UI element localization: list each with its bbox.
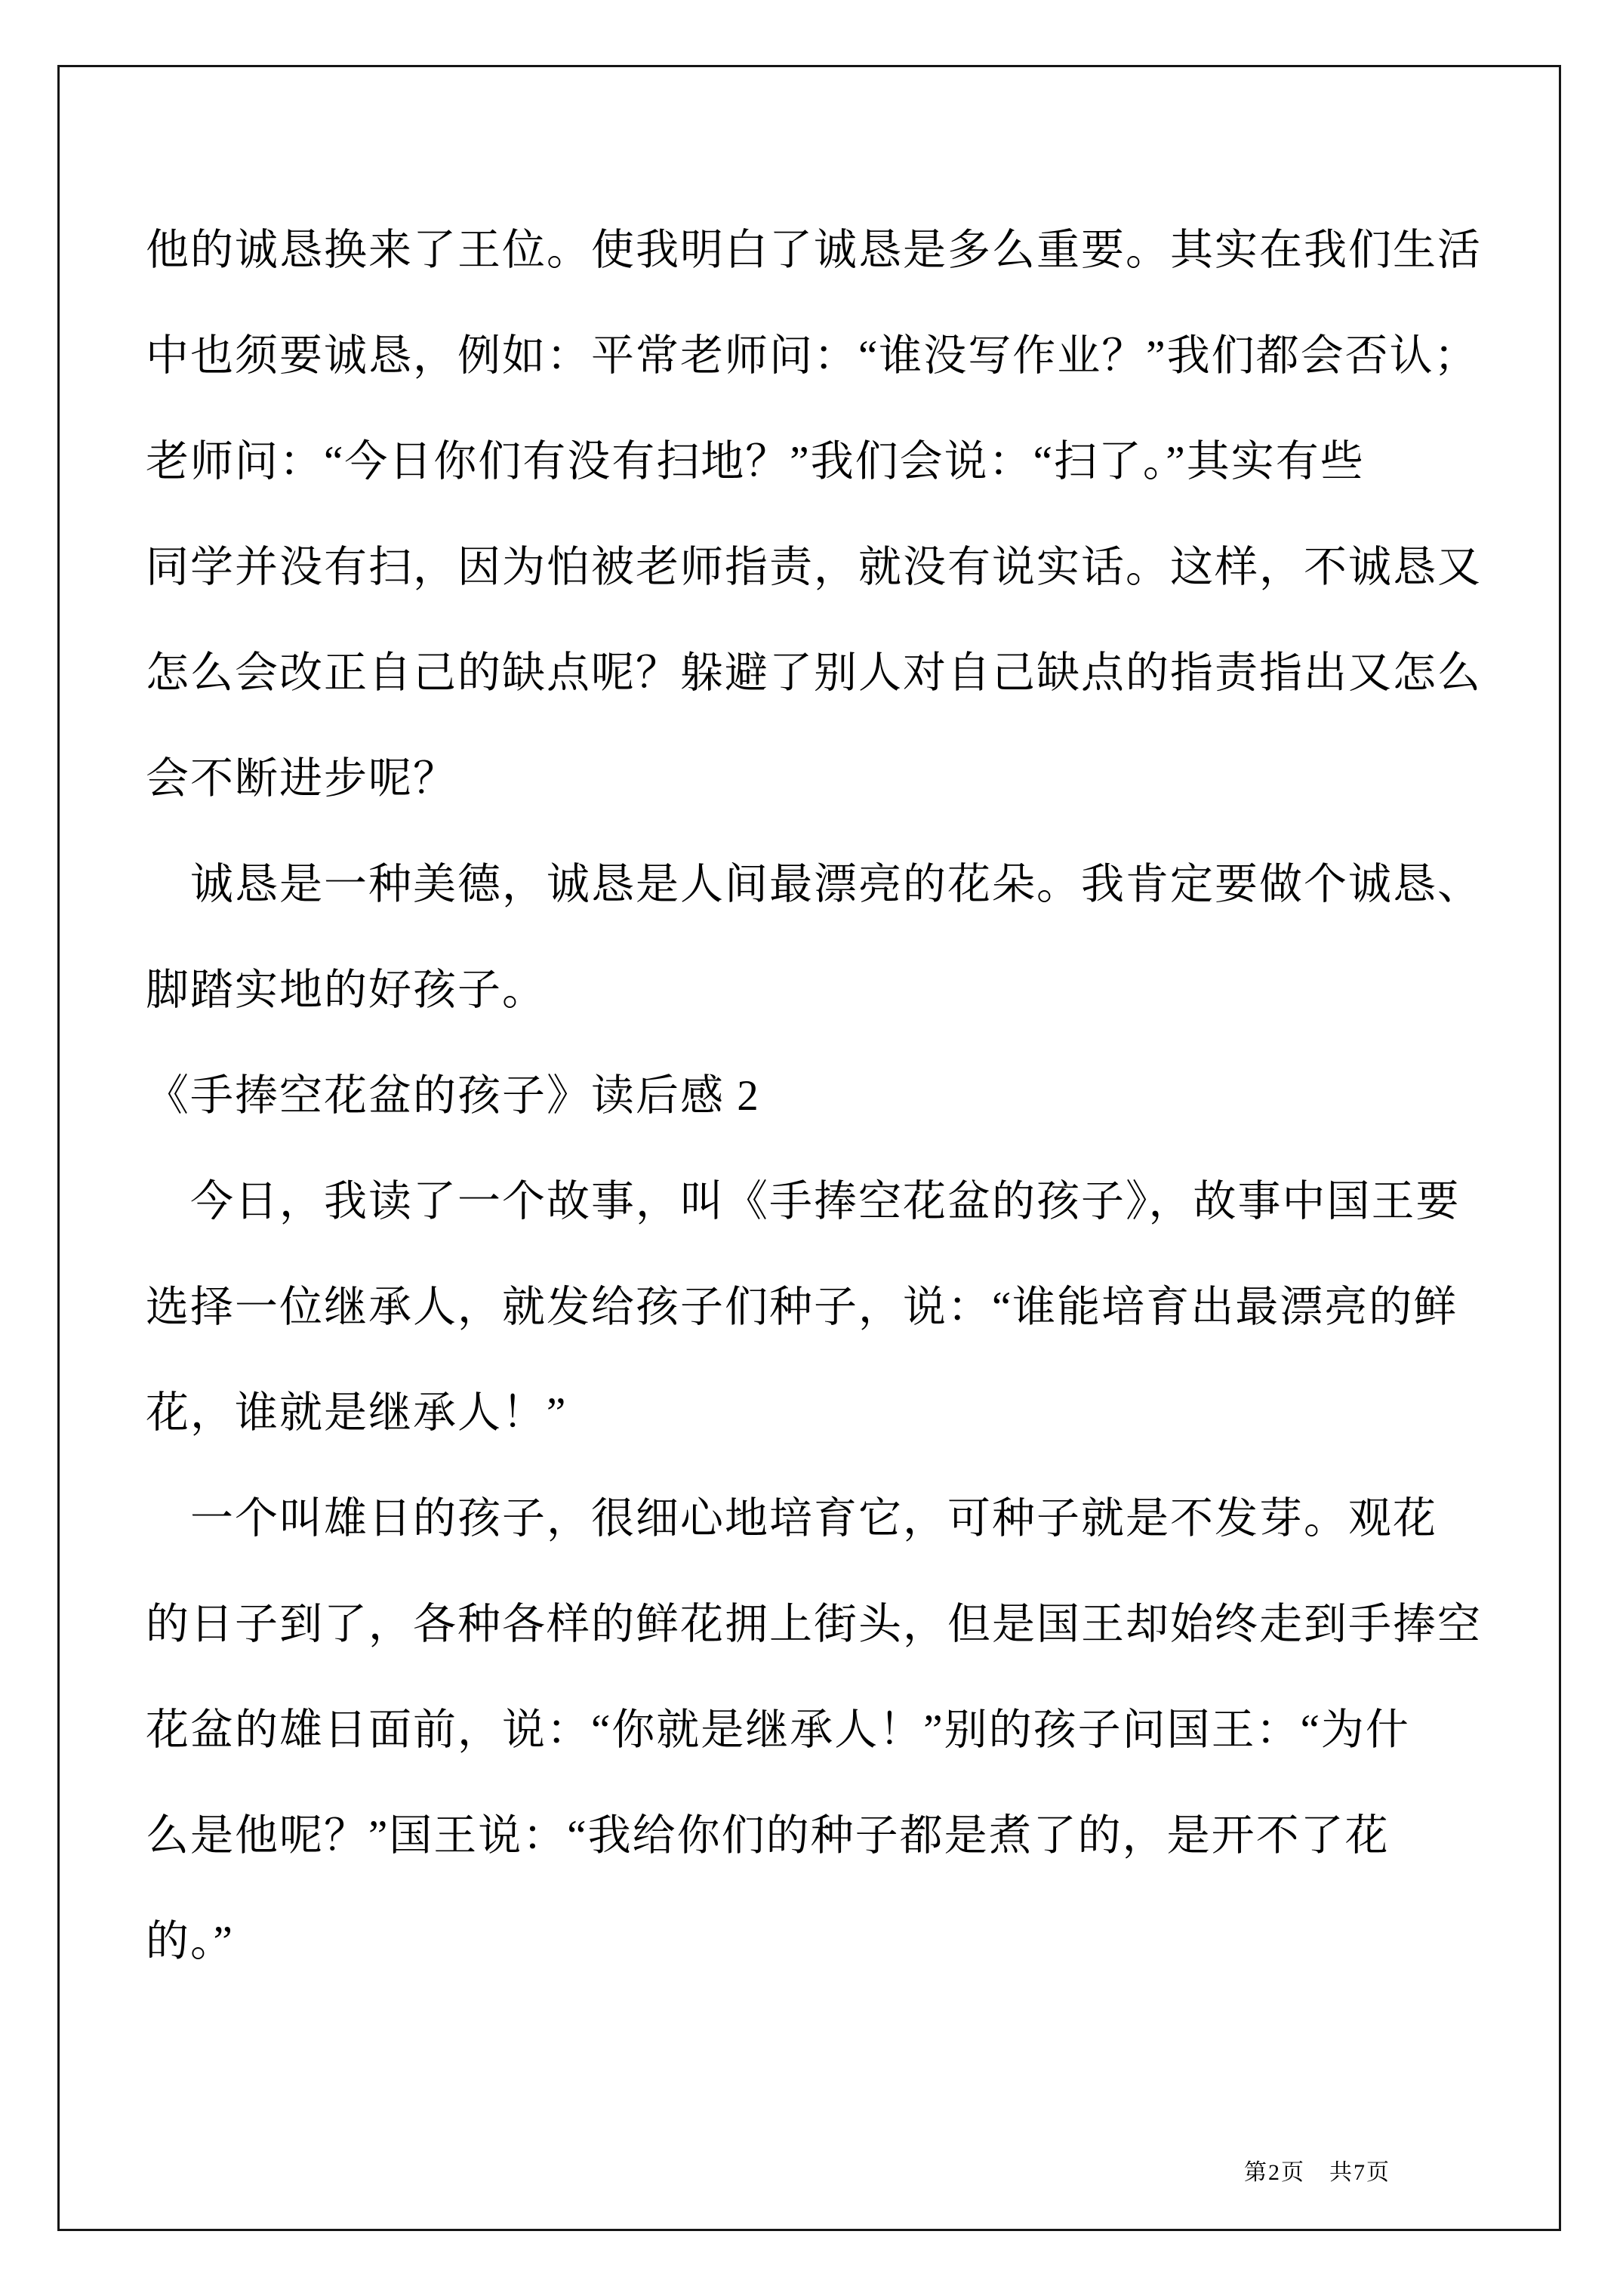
text-line: 的。”	[146, 1889, 1565, 1995]
text-line: 今日，我读了一个故事，叫《手捧空花盆的孩子》，故事中国王要	[146, 1149, 1565, 1255]
text-line: 老师问：“今日你们有没有扫地？”我们会说：“扫了。”其实有些	[146, 409, 1565, 515]
text-line: 怎么会改正自己的缺点呢？躲避了别人对自己缺点的指责指出又怎么	[146, 621, 1565, 726]
text-line: 的日子到了，各种各样的鲜花拥上街头，但是国王却始终走到手捧空	[146, 1572, 1565, 1678]
text-line: 一个叫雄日的孩子，很细心地培育它，可种子就是不发芽。观花	[146, 1466, 1565, 1572]
text-line: 同学并没有扫，因为怕被老师指责，就没有说实话。这样，不诚恳又	[146, 515, 1565, 621]
text-line: 他的诚恳换来了王位。使我明白了诚恳是多么重要。其实在我们生活	[146, 198, 1565, 304]
text-line: 会不断进步呢？	[146, 726, 1565, 832]
page-number-footer: 第2页 共7页	[1244, 2153, 1390, 2187]
text-line: 诚恳是一种美德，诚恳是人间最漂亮的花朵。我肯定要做个诚恳、	[146, 832, 1565, 938]
text-line: 花盆的雄日面前，说：“你就是继承人！”别的孩子问国王：“为什	[146, 1678, 1565, 1783]
section-heading: 《手捧空花盆的孩子》读后感 2	[146, 1043, 1565, 1149]
text-line: 么是他呢？”国王说：“我给你们的种子都是煮了的，是开不了花	[146, 1783, 1565, 1889]
text-line: 选择一位继承人，就发给孩子们种子，说：“谁能培育出最漂亮的鲜	[146, 1255, 1565, 1361]
document-body: 他的诚恳换来了王位。使我明白了诚恳是多么重要。其实在我们生活 中也须要诚恳，例如…	[146, 198, 1565, 1995]
text-line: 脚踏实地的好孩子。	[146, 938, 1565, 1043]
text-line: 花，谁就是继承人！”	[146, 1361, 1565, 1466]
text-line: 中也须要诚恳，例如：平常老师问：“谁没写作业？”我们都会否认；	[146, 304, 1565, 409]
